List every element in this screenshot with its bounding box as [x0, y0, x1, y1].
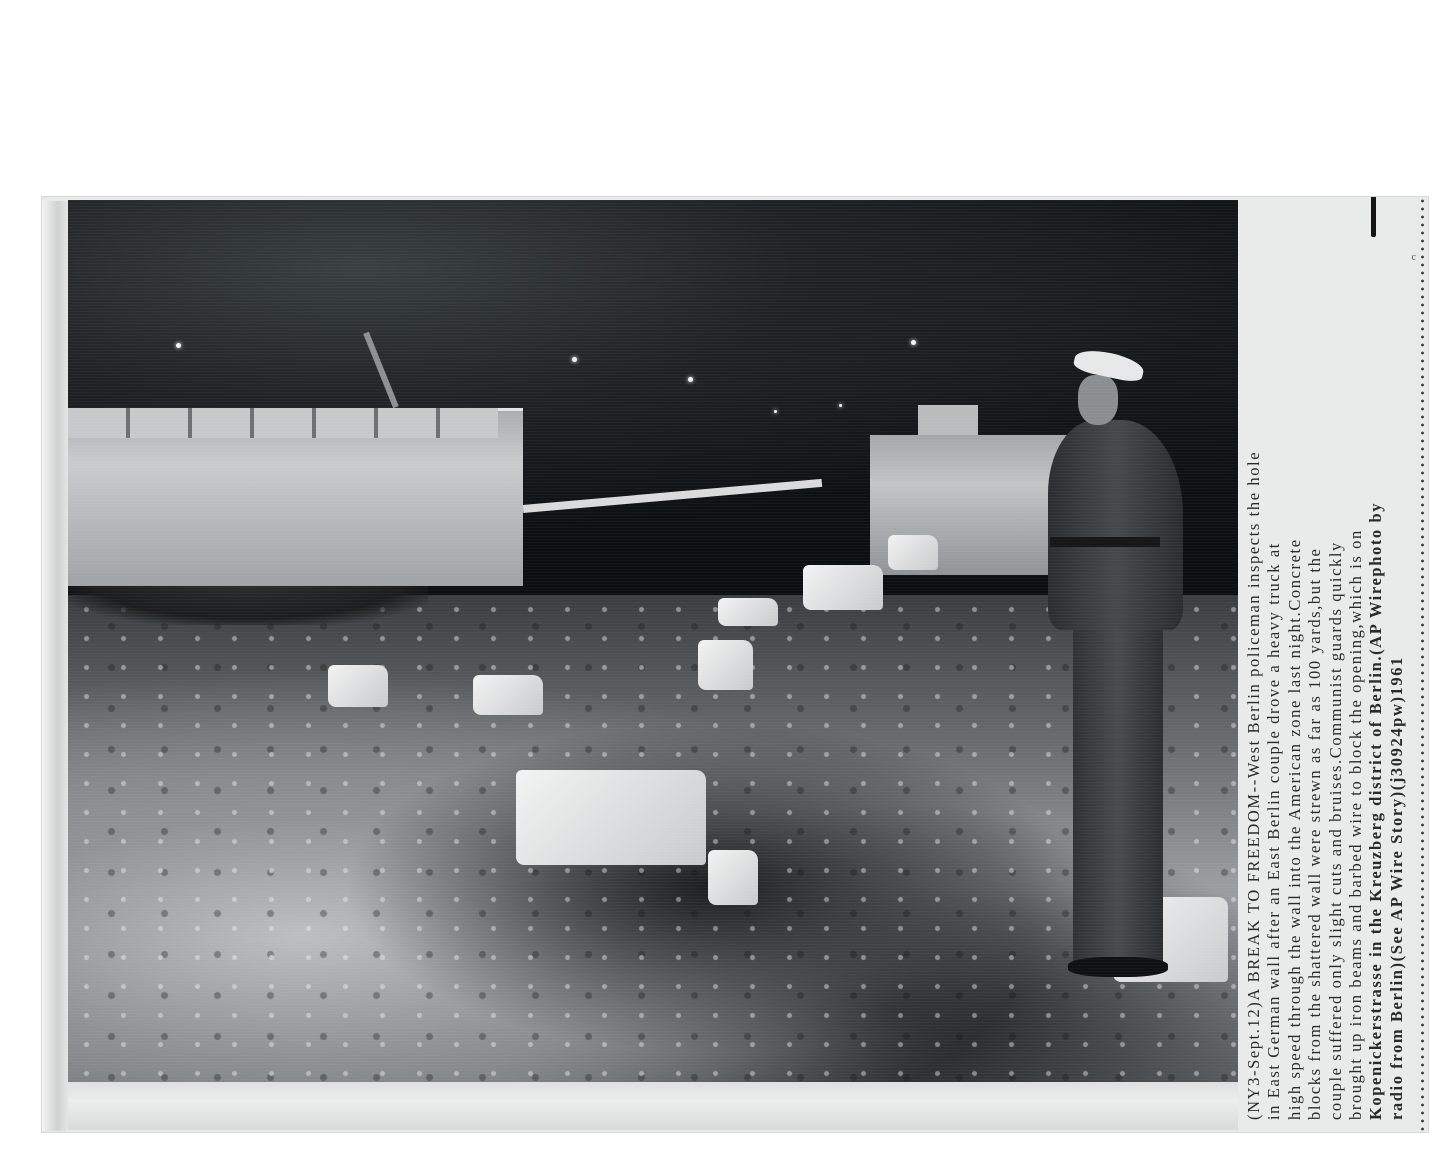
photo-caption: (NY3-Sept.12)A BREAK TO FREEDOM--West Be…	[1238, 197, 1428, 1132]
caption-line: Kopenickerstrasse in the Kreuzberg distr…	[1366, 213, 1386, 1120]
concrete-block	[516, 770, 706, 865]
concrete-block	[698, 640, 753, 690]
street-light	[176, 343, 181, 348]
wall-left-blocks	[68, 408, 498, 438]
street-light	[774, 410, 777, 413]
concrete-block	[708, 850, 758, 905]
caption-line: brought up iron beams and barbed wire to…	[1346, 213, 1366, 1120]
caption-line: high speed through the wall into the Ame…	[1285, 213, 1305, 1120]
print-bottom-margin	[68, 1082, 1238, 1130]
concrete-block	[718, 598, 778, 626]
street-light	[572, 357, 577, 362]
policeman-figure	[1028, 345, 1188, 985]
caption-line: in East German wall after an East Berlin…	[1264, 213, 1284, 1120]
street-light	[688, 377, 693, 382]
caption-line: radio from Berlin)(See AP Wire Story)(j3…	[1387, 213, 1407, 1120]
concrete-block	[328, 665, 388, 707]
photograph	[68, 200, 1238, 1082]
perforated-edge	[1420, 197, 1425, 1132]
street-light	[911, 340, 916, 345]
corner-mark: c	[1412, 252, 1416, 263]
wall-right-blocks	[918, 405, 978, 437]
caption-line: blocks from the shattered wall were stre…	[1305, 213, 1325, 1120]
press-photo-print: (NY3-Sept.12)A BREAK TO FREEDOM--West Be…	[42, 197, 1428, 1132]
caption-line: (NY3-Sept.12)A BREAK TO FREEDOM--West Be…	[1244, 213, 1264, 1120]
concrete-block	[473, 675, 543, 715]
caption-line: couple suffered only slight cuts and bru…	[1326, 213, 1346, 1120]
ink-mark	[1371, 197, 1376, 237]
concrete-block	[888, 535, 938, 570]
concrete-block	[803, 565, 883, 610]
street-light	[839, 404, 842, 407]
